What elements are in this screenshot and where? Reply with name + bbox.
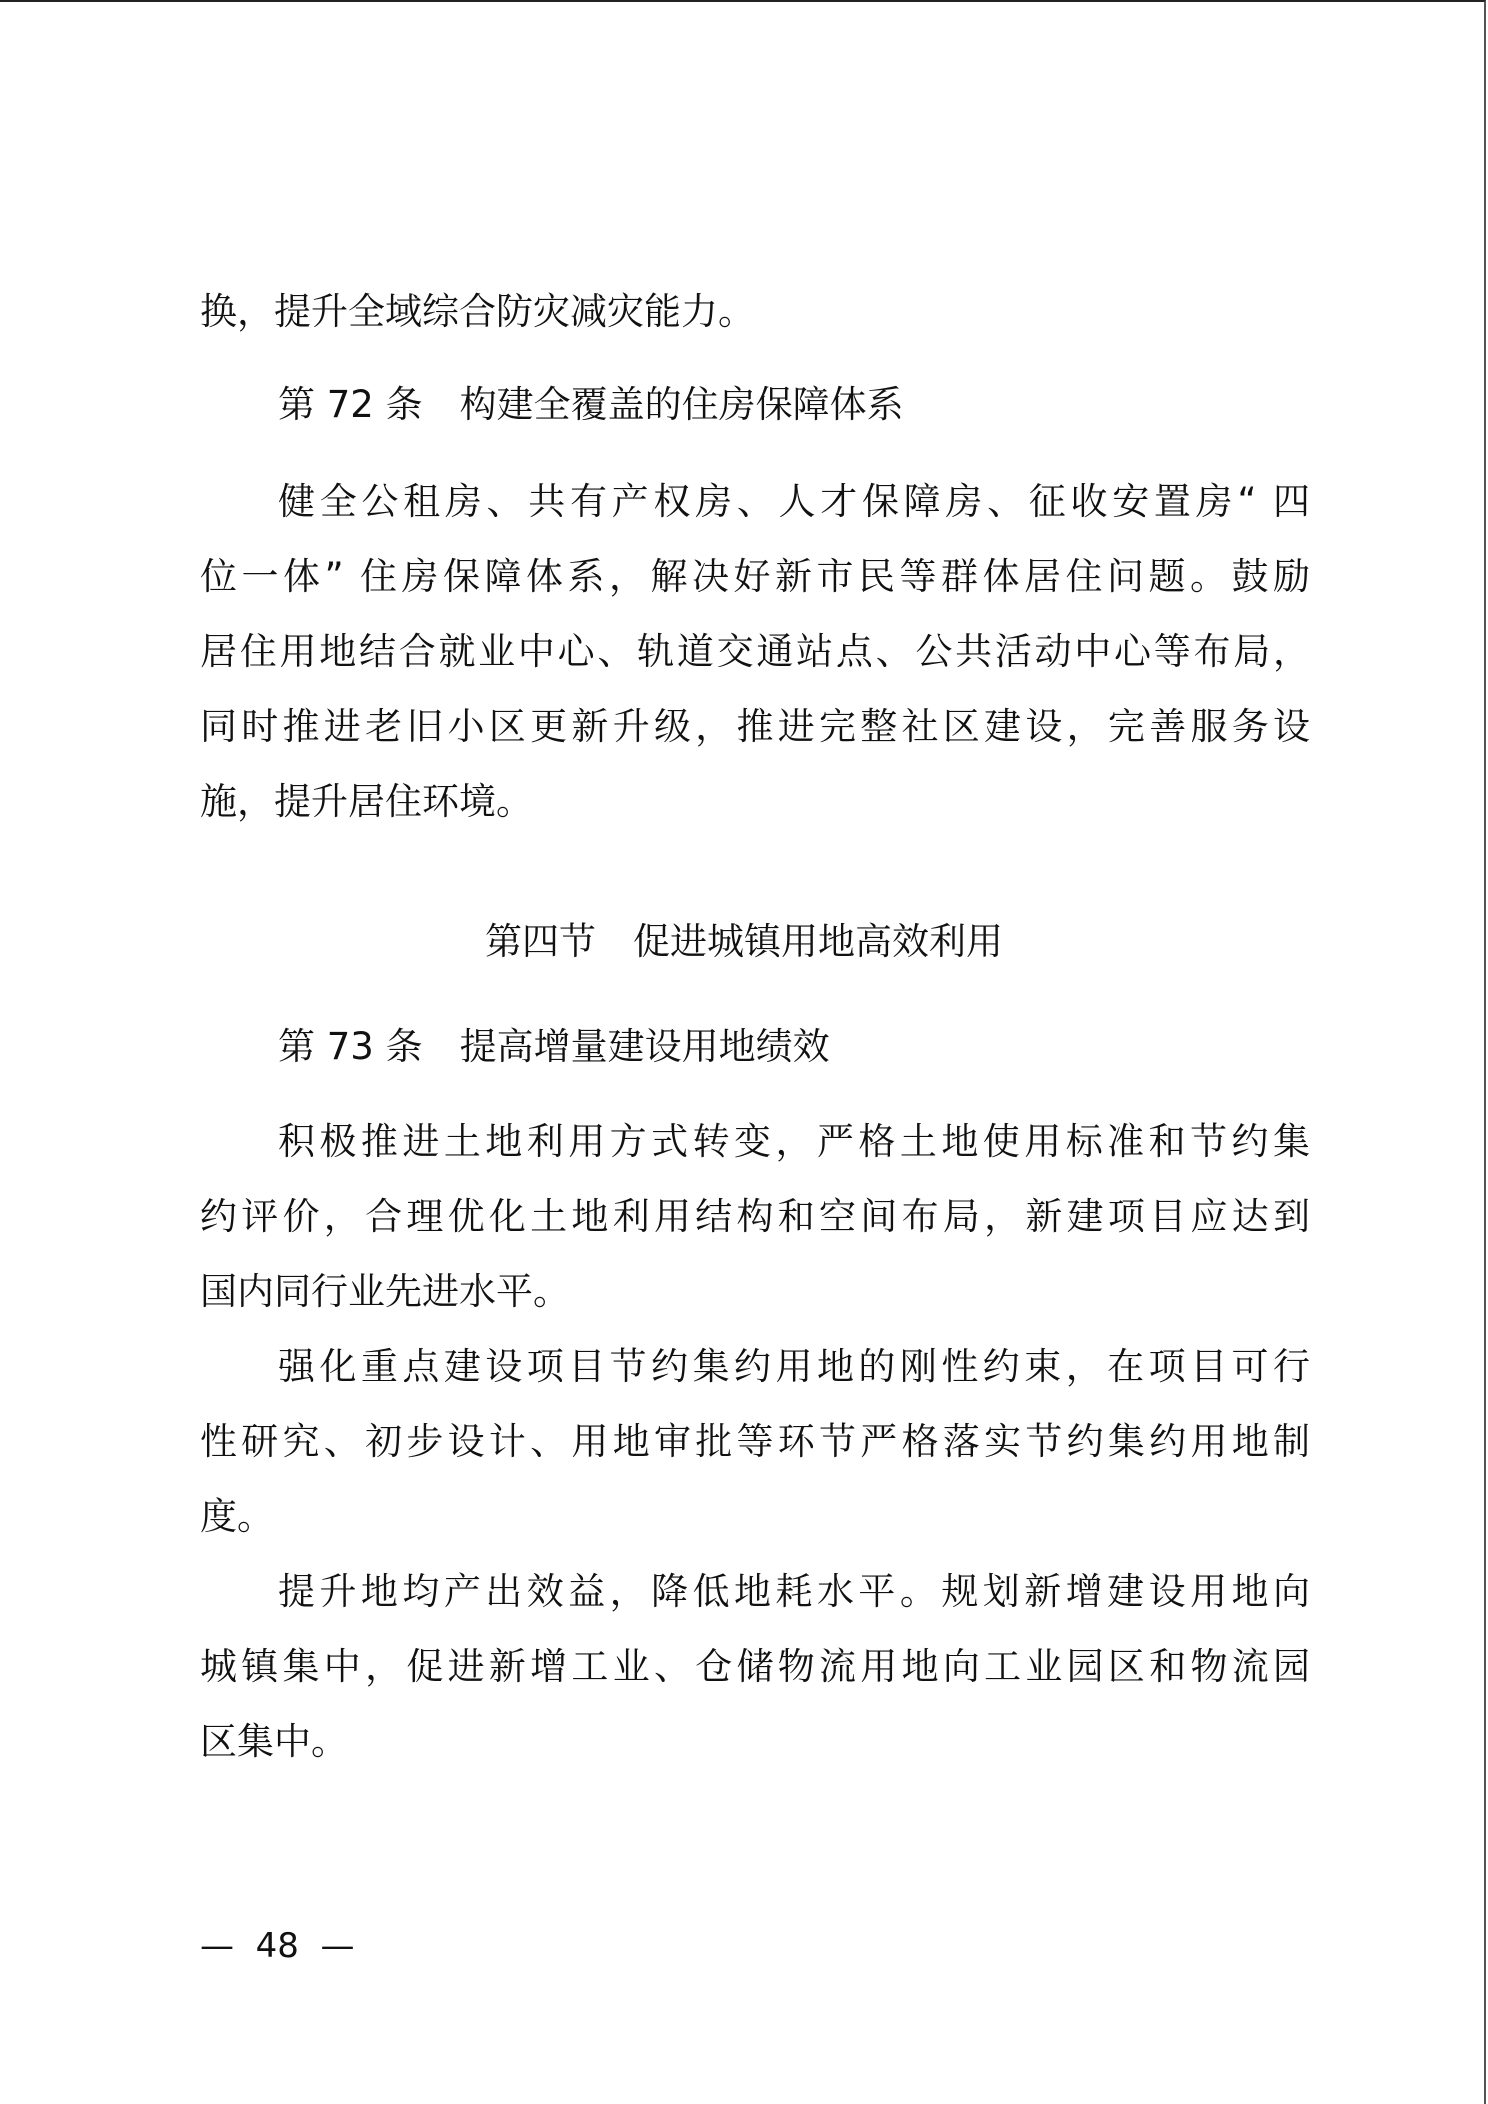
document-page: 换，提升全域综合防灾减灾能力。 第 72 条 构建全覆盖的住房保障体系 健全公租… [0,0,1486,2104]
page-number: — 48 — [200,1926,355,1966]
article-73-paragraph-1-line-3: 国内同行业先进水平。 [200,1272,570,1312]
article-73-heading: 第 73 条 提高增量建设用地绩效 [278,1027,830,1067]
article-72-paragraph-line-3: 居住用地结合就业中心、轨道交通站点、公共活动中心等布局， [200,632,1310,672]
article-72-paragraph-line-4: 同时推进老旧小区更新升级，推进完整社区建设，完善服务设 [200,707,1310,747]
paragraph-continuation: 换，提升全域综合防灾减灾能力。 [200,292,755,332]
article-72-paragraph-line-2: 位一体” 住房保障体系，解决好新市民等群体居住问题。鼓励 [200,557,1310,597]
article-72-paragraph-line-5: 施，提升居住环境。 [200,782,533,822]
article-73-paragraph-2-line-1: 强化重点建设项目节约集约用地的刚性约束，在项目可行 [278,1347,1310,1387]
article-73-paragraph-3-line-3: 区集中。 [200,1722,348,1762]
article-73-paragraph-1-line-2: 约评价，合理优化土地利用结构和空间布局，新建项目应达到 [200,1197,1310,1237]
article-73-paragraph-2-line-2: 性研究、初步设计、用地审批等环节严格落实节约集约用地制 [200,1422,1310,1462]
article-72-paragraph-line-1: 健全公租房、共有产权房、人才保障房、征收安置房“ 四 [278,482,1310,522]
article-73-paragraph-3-line-1: 提升地均产出效益，降低地耗水平。规划新增建设用地向 [278,1572,1310,1612]
article-72-heading: 第 72 条 构建全覆盖的住房保障体系 [278,385,904,425]
article-73-paragraph-3-line-2: 城镇集中，促进新增工业、仓储物流用地向工业园区和物流园 [200,1647,1310,1687]
article-73-paragraph-1-line-1: 积极推进土地利用方式转变，严格土地使用标准和节约集 [278,1122,1310,1162]
section-4-title: 第四节 促进城镇用地高效利用 [0,922,1488,962]
article-73-paragraph-2-line-3: 度。 [200,1497,274,1537]
